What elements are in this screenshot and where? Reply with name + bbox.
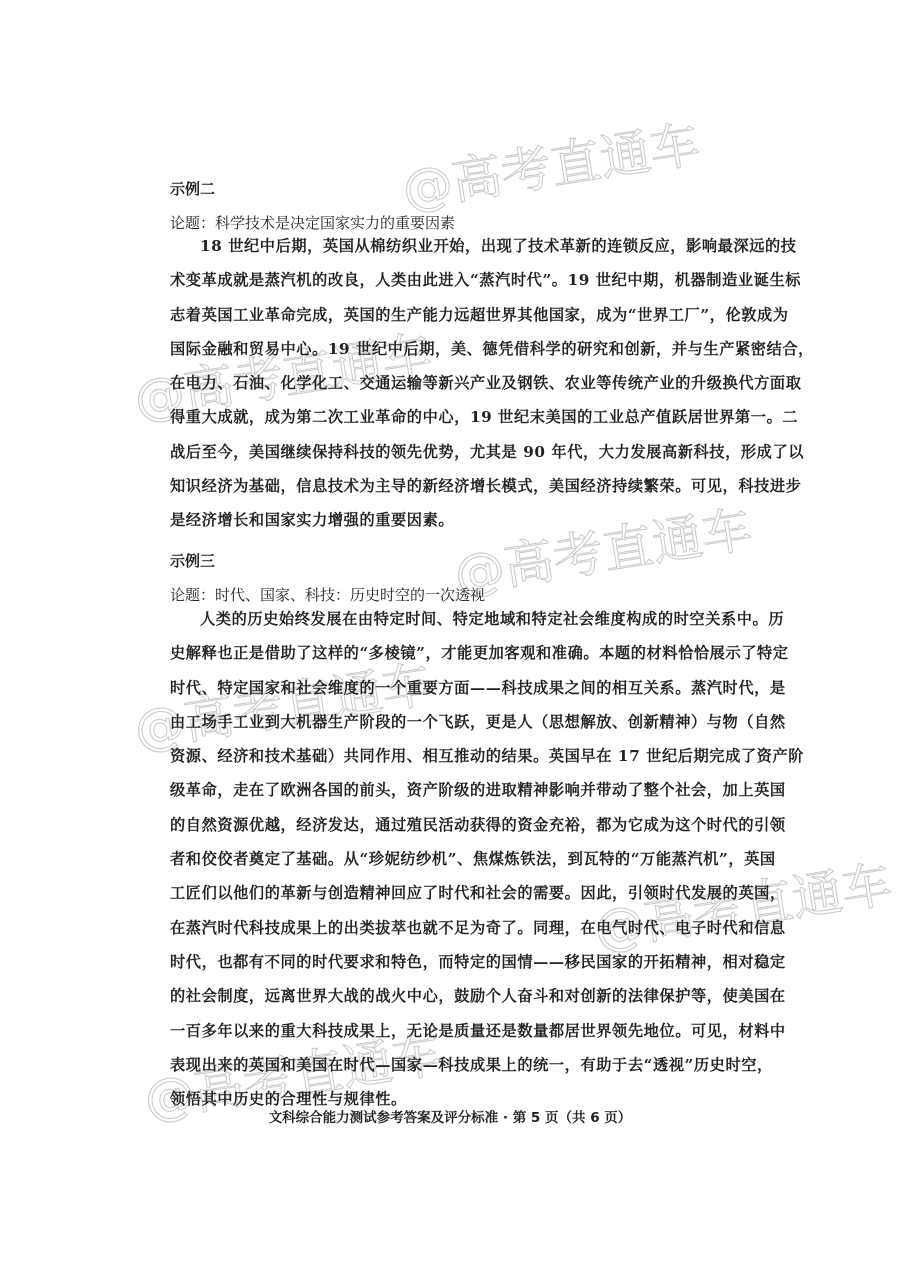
example-3-heading: 示例三: [170, 550, 215, 571]
text-line: 得重大成就，成为第二次工业革命的中心，19 世纪末美国的工业总产值跃居世界第一。…: [170, 400, 760, 434]
text-line: 一百多年以来的重大科技成果上，无论是质量还是数量都居世界领先地位。可见，材料中: [170, 1014, 760, 1048]
text-line: 史解释也正是借助了这样的“多棱镜”，才能更加客观和准确。本题的材料恰恰展示了特定: [170, 636, 760, 670]
text-line: 由工场手工业到大机器生产阶段的一个飞跃，更是人（思想解放、创新精神）与物（自然: [170, 705, 760, 739]
text-line: 国际金融和贸易中心。19 世纪中后期，美、德凭借科学的研究和创新，并与生产紧密结…: [170, 332, 760, 366]
text-line: 的社会制度，远离世界大战的战火中心，鼓励个人奋斗和对创新的法律保护等，使美国在: [170, 979, 760, 1013]
example-2-heading: 示例二: [170, 178, 215, 199]
text-line: 时代，也都有不同的时代要求和特色，而特定的国情——移民国家的开拓精神，相对稳定: [170, 945, 760, 979]
example-3-paragraph: 人类的历史始终发展在由特定时间、特定地域和特定社会维度构成的时空关系中。历 史解…: [170, 602, 760, 1116]
text-line: 的自然资源优越，经济发达，通过殖民活动获得的资金充裕，都为它成为这个时代的引领: [170, 808, 760, 842]
text-line: 表现出来的英国和美国在时代—国家—科技成果上的统一，有助于去“透视”历史时空，: [170, 1048, 760, 1082]
text-line: 时代、特定国家和社会维度的一个重要方面——科技成果之间的相互关系。蒸汽时代，是: [170, 671, 760, 705]
text-line: 工匠们以他们的革新与创造精神回应了时代和社会的需要。因此，引领时代发展的英国，: [170, 876, 760, 910]
text-line: 者和佼佼者奠定了基础。从“珍妮纺纱机”、焦煤炼铁法，到瓦特的“万能蒸汽机”，英国: [170, 842, 760, 876]
text-line: 人类的历史始终发展在由特定时间、特定地域和特定社会维度构成的时空关系中。历: [170, 602, 760, 636]
text-line: 战后至今，美国继续保持科技的领先优势，尤其是 90 年代，大力发展高新科技，形成…: [170, 435, 760, 469]
watermark: @高考直通车: [397, 104, 705, 222]
page-footer: 文科综合能力测试参考答案及评分标准 · 第 5 页（共 6 页）: [0, 1106, 900, 1126]
text-line: 在蒸汽时代科技成果上的出类拔萃也就不足为奇了。同理，在电气时代、电子时代和信息: [170, 911, 760, 945]
text-line: 是经济增长和国家实力增强的重要因素。: [170, 503, 760, 537]
text-line: 知识经济为基础，信息技术为主导的新经济增长模式，美国经济持续繁荣。可见，科技进步: [170, 469, 760, 503]
document-page: @高考直通车 @高考直通车 @高考直通车 @高考直通车 @高考直通车 @高考直通…: [0, 0, 900, 1272]
text-line: 18 世纪中后期，英国从棉纺织业开始，出现了技术革新的连锁反应，影响最深远的技: [170, 229, 760, 263]
example-2-paragraph: 18 世纪中后期，英国从棉纺织业开始，出现了技术革新的连锁反应，影响最深远的技 …: [170, 229, 760, 538]
text-line: 术变革成就是蒸汽机的改良，人类由此进入“蒸汽时代”。19 世纪中期，机器制造业诞…: [170, 263, 760, 297]
text-line: 级革命，走在了欧洲各国的前头，资产阶级的进取精神影响并带动了整个社会，加上英国: [170, 773, 760, 807]
text-line: 在电力、石油、化学化工、交通运输等新兴产业及钢铁、农业等传统产业的升级换代方面取: [170, 366, 760, 400]
text-line: 资源、经济和技术基础）共同作用、相互推动的结果。英国早在 17 世纪后期完成了资…: [170, 739, 760, 773]
text-line: 志着英国工业革命完成，英国的生产能力远超世界其他国家，成为“世界工厂”，伦敦成为: [170, 298, 760, 332]
